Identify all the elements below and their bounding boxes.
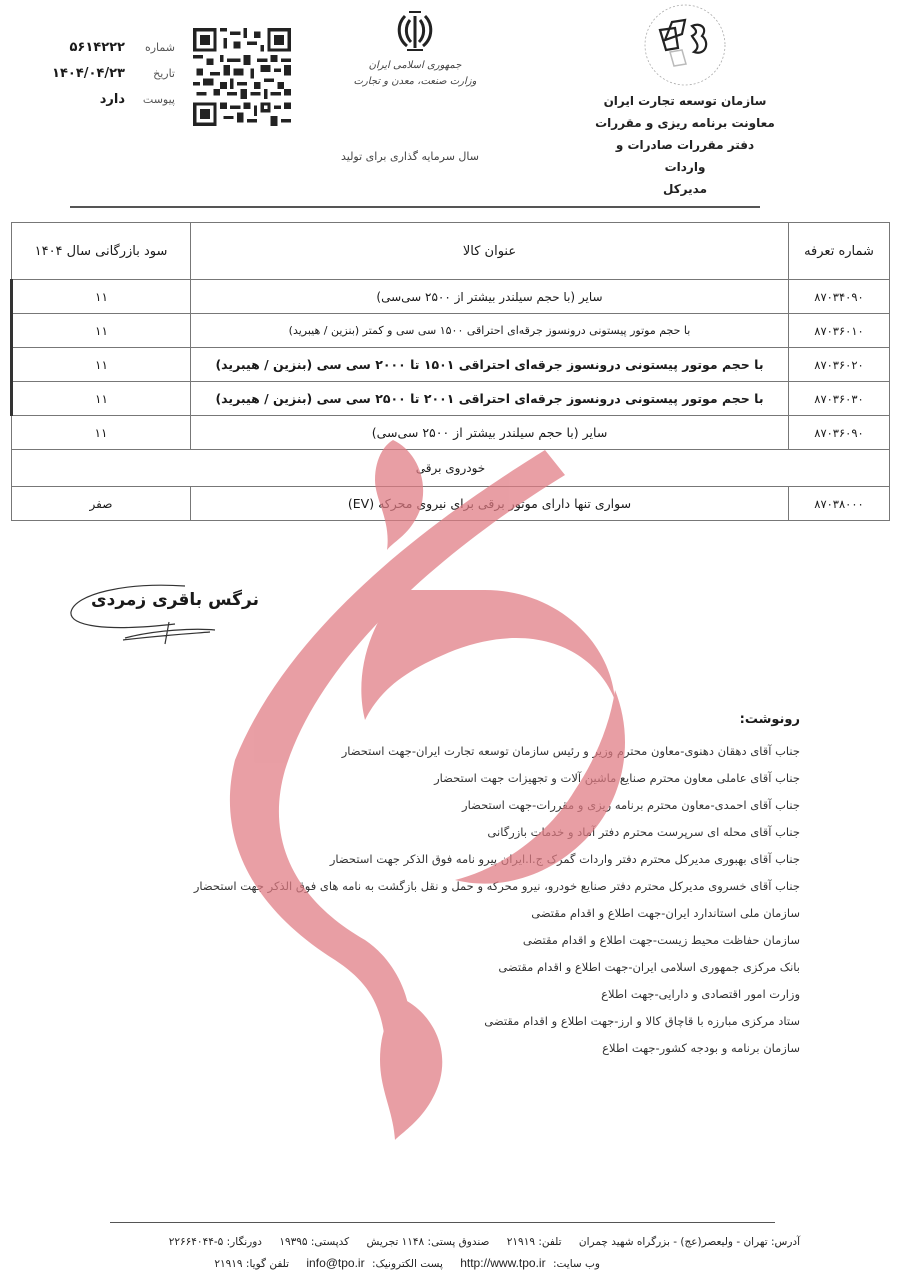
table-row: ۸۷۰۳۴۰۹۰ سایر (با حجم سیلندر بیشتر از ۲۵… <box>12 280 890 314</box>
tariff-code: ۸۷۰۳۶۰۱۰ <box>789 314 890 348</box>
org-deputy: معاونت برنامه ریزی و مقررات <box>595 112 775 134</box>
letter-meta: شماره ۵۶۱۴۲۲۲ تاریخ ۱۴۰۴/۰۴/۲۳ پیوست دار… <box>30 40 175 118</box>
cc-item: جناب آقای محله ای سرپرست محترم دفتر آماد… <box>20 819 800 846</box>
cc-item: جناب آقای دهقان دهنوی-معاون محترم وزیر و… <box>20 738 800 765</box>
header-description: عنوان کالا <box>191 223 789 280</box>
footer-divider <box>110 1222 775 1223</box>
signatory-name: نرگس باقری زمردی <box>91 590 259 610</box>
profit-value: ۱۱ <box>12 382 191 416</box>
org-director: مدیرکل <box>595 178 775 200</box>
cc-item: سازمان ملی استاندارد ایران-جهت اطلاع و ا… <box>20 900 800 927</box>
footer-address-line: آدرس: تهران - ولیعصر(عج) - بزرگراه شهید … <box>155 1236 800 1248</box>
letter-date-row: تاریخ ۱۴۰۴/۰۴/۲۳ <box>30 66 175 92</box>
org-office: دفتر مقررات صادرات و واردات <box>595 134 775 178</box>
footer-website-label: وب سایت: <box>553 1258 600 1270</box>
item-description: با حجم موتور پیستونی درونسوز جرقه‌ای احت… <box>191 314 789 348</box>
letter-date-label: تاریخ <box>135 67 175 80</box>
table-row-ev: ۸۷۰۳۸۰۰۰ سواری تنها دارای موتور برقی برا… <box>12 487 890 521</box>
footer-email-label: پست الکترونیک: <box>372 1258 443 1270</box>
letter-number-value: ۵۶۱۴۲۲۲ <box>69 40 125 55</box>
letter-attachment-value: دارد <box>100 92 125 107</box>
footer-email-link[interactable]: info@tpo.ir <box>306 1256 364 1270</box>
cc-item: جناب آقای خسروی مدیرکل محترم دفتر صنایع … <box>20 873 800 900</box>
profit-value: صفر <box>12 487 191 521</box>
item-description: با حجم موتور پیستونی درونسوز جرقه‌ای احت… <box>191 382 789 416</box>
cc-item: سازمان حفاظت محیط زیست-جهت اطلاع و اقدام… <box>20 927 800 954</box>
organization-block: سازمان توسعه تجارت ایران معاونت برنامه ر… <box>595 0 775 200</box>
table-row: ۸۷۰۳۶۰۲۰ با حجم موتور پیستونی درونسوز جر… <box>12 348 890 382</box>
footer-fax: دورنگار: ۵-۲۲۶۶۴۰۴۴ <box>169 1236 262 1248</box>
table-row: ۸۷۰۳۶۰۳۰ با حجم موتور پیستونی درونسوز جر… <box>12 382 890 416</box>
cc-item: جناب آقای بهبوری مدیرکل محترم دفتر واردا… <box>20 846 800 873</box>
footer-address: آدرس: تهران - ولیعصر(عج) - بزرگراه شهید … <box>579 1236 800 1248</box>
footer-postal-code: کدپستی: ۱۹۳۹۵ <box>279 1236 349 1248</box>
profit-value: ۱۱ <box>12 416 191 450</box>
emblem-line-republic: جمهوری اسلامی ایران <box>345 58 485 74</box>
org-name: سازمان توسعه تجارت ایران <box>595 90 775 112</box>
footer-voice-phone: تلفن گویا: ۲۱۹۱۹ <box>214 1258 289 1270</box>
section-row-electric: خودروی برقی <box>12 450 890 487</box>
letter-date-value: ۱۴۰۴/۰۴/۲۳ <box>52 66 125 81</box>
cc-item: وزارت امور اقتصادی و دارایی-جهت اطلاع <box>20 981 800 1008</box>
cc-item: سازمان برنامه و بودجه کشور-جهت اطلاع <box>20 1035 800 1062</box>
letter-number-label: شماره <box>135 41 175 54</box>
cc-item: بانک مرکزی جمهوری اسلامی ایران-جهت اطلاع… <box>20 954 800 981</box>
profit-value: ۱۱ <box>12 280 191 314</box>
footer-website-link[interactable]: http://www.tpo.ir <box>460 1256 545 1270</box>
table-header-row: شماره تعرفه عنوان کالا سود بازرگانی سال … <box>12 223 890 280</box>
item-description: سایر (با حجم سیلندر بیشتر از ۲۵۰۰ سی‌سی) <box>191 416 789 450</box>
section-title-electric: خودروی برقی <box>12 450 890 487</box>
table-row: ۸۷۰۳۶۰۱۰ با حجم موتور پیستونی درونسوز جر… <box>12 314 890 348</box>
tpo-logo-icon <box>595 0 775 90</box>
item-description: سایر (با حجم سیلندر بیشتر از ۲۵۰۰ سی‌سی) <box>191 280 789 314</box>
footer-phone: تلفن: ۲۱۹۱۹ <box>507 1236 562 1248</box>
qr-code-icon <box>193 28 291 126</box>
iran-emblem-block: جمهوری اسلامی ایران وزارت صنعت، معدن و ت… <box>345 8 485 90</box>
signature-block: نرگس باقری زمردی <box>65 580 265 650</box>
tariff-table: شماره تعرفه عنوان کالا سود بازرگانی سال … <box>10 222 890 521</box>
tariff-code: ۸۷۰۳۶۰۹۰ <box>789 416 890 450</box>
tariff-code: ۸۷۰۳۶۰۳۰ <box>789 382 890 416</box>
footer-contact-line: وب سایت: http://www.tpo.ir پست الکترونیک… <box>200 1256 600 1270</box>
cc-item: ستاد مرکزی مبارزه با قاچاق کالا و ارز-جه… <box>20 1008 800 1035</box>
item-description: با حجم موتور پیستونی درونسوز جرقه‌ای احت… <box>191 348 789 382</box>
footer-po-box: صندوق پستی: ۱۱۴۸ تجریش <box>366 1236 489 1248</box>
iran-emblem-icon <box>345 8 485 58</box>
tariff-code: ۸۷۰۳۶۰۲۰ <box>789 348 890 382</box>
cc-title: رونوشت: <box>740 712 800 727</box>
letter-attachment-row: پیوست دارد <box>30 92 175 118</box>
profit-value: ۱۱ <box>12 314 191 348</box>
letter-attachment-label: پیوست <box>135 93 175 106</box>
cc-list: جناب آقای دهقان دهنوی-معاون محترم وزیر و… <box>20 738 800 1062</box>
tariff-code: ۸۷۰۳۴۰۹۰ <box>789 280 890 314</box>
cc-item: جناب آقای احمدی-معاون محترم برنامه ریزی … <box>20 792 800 819</box>
profit-value: ۱۱ <box>12 348 191 382</box>
item-description: سواری تنها دارای موتور برقی برای نیروی م… <box>191 487 789 521</box>
year-slogan: سال سرمایه گذاری برای تولید <box>320 150 500 163</box>
table-row: ۸۷۰۳۶۰۹۰ سایر (با حجم سیلندر بیشتر از ۲۵… <box>12 416 890 450</box>
emblem-line-ministry: وزارت صنعت، معدن و تجارت <box>345 74 485 90</box>
tariff-code: ۸۷۰۳۸۰۰۰ <box>789 487 890 521</box>
cc-item: جناب آقای عاملی معاون محترم صنایع ماشین … <box>20 765 800 792</box>
letter-number-row: شماره ۵۶۱۴۲۲۲ <box>30 40 175 66</box>
header-divider <box>70 206 760 208</box>
header-commercial-profit: سود بازرگانی سال ۱۴۰۴ <box>12 223 191 280</box>
header-tariff-code: شماره تعرفه <box>789 223 890 280</box>
